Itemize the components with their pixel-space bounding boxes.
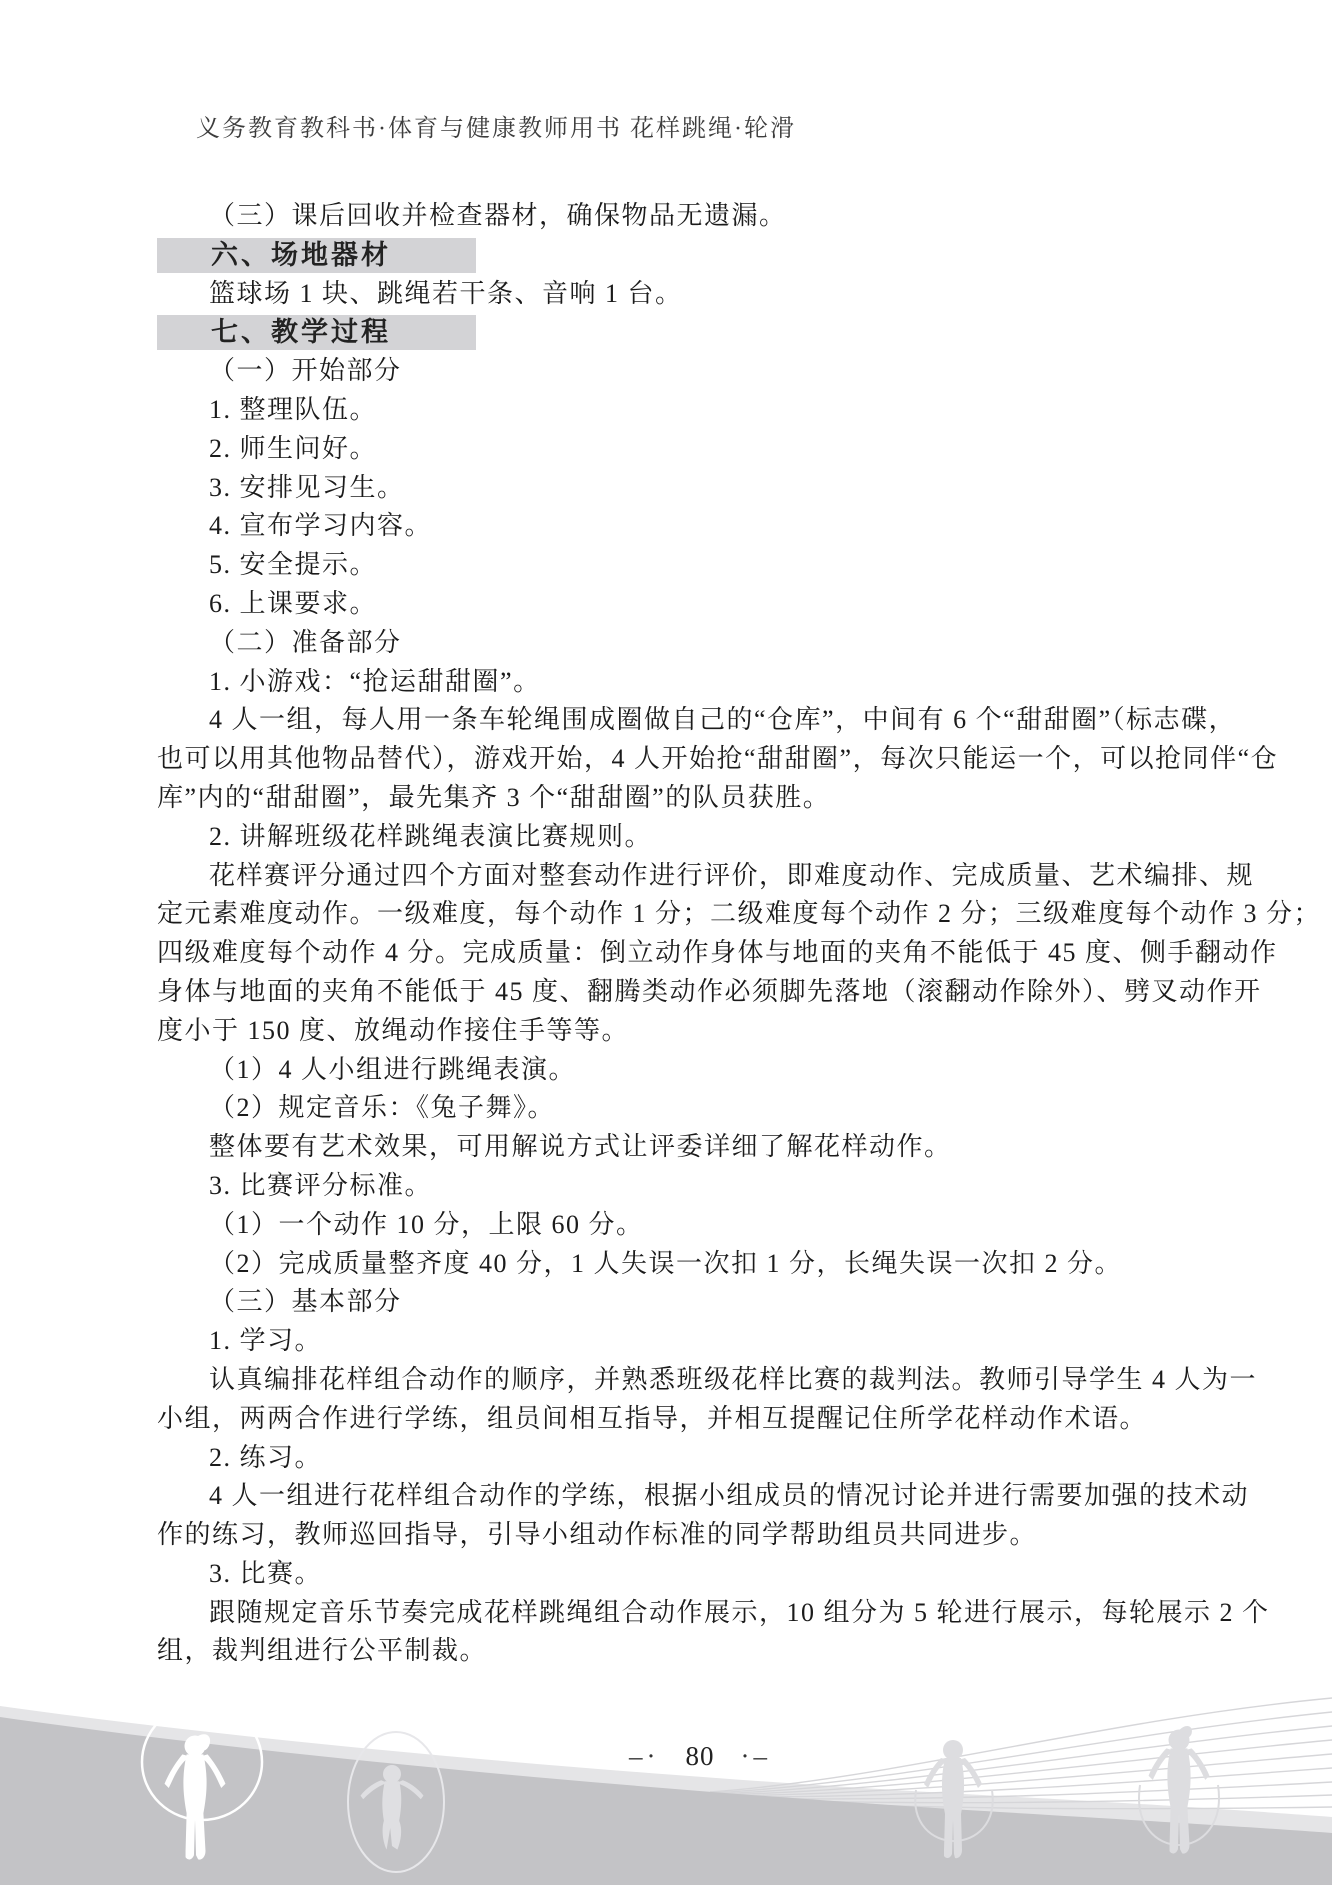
text-line: 2. 练习。 (157, 1439, 1217, 1478)
text-line: 整体要有艺术效果，可用解说方式让评委详细了解花样动作。 (157, 1128, 1217, 1167)
text-line: 5. 安全提示。 (157, 546, 1217, 585)
text-line: 作的练习，教师巡回指导，引导小组动作标准的同学帮助组员共同进步。 (157, 1516, 1217, 1555)
page-number-footer: –· 80 ·– (0, 1741, 1332, 1772)
text-line: （一）开始部分 (157, 352, 1217, 391)
text-line: 组，裁判组进行公平制裁。 (157, 1632, 1217, 1671)
section-header-bar: 七、教学过程 (157, 315, 476, 350)
text-line: 定元素难度动作。一级难度，每个动作 1 分；二级难度每个动作 2 分；三级难度每… (157, 895, 1217, 934)
page-number-right-ornament: ·– (741, 1741, 772, 1772)
text-line: 3. 比赛。 (157, 1555, 1217, 1594)
text-line: （1）4 人小组进行跳绳表演。 (157, 1051, 1217, 1090)
text-line: 3. 比赛评分标准。 (157, 1167, 1217, 1206)
text-line: （三）课后回收并检查器材，确保物品无遗漏。 (157, 197, 1217, 236)
text-line: （二）准备部分 (157, 624, 1217, 663)
text-line: 篮球场 1 块、跳绳若干条、音响 1 台。 (157, 275, 1217, 314)
text-line: 3. 安排见习生。 (157, 469, 1217, 508)
text-line: 跟随规定音乐节奏完成花样跳绳组合动作展示，10 组分为 5 轮进行展示，每轮展示… (157, 1594, 1217, 1633)
text-line: 6. 上课要求。 (157, 585, 1217, 624)
text-line: 1. 学习。 (157, 1322, 1217, 1361)
text-line: （2）规定音乐：《兔子舞》。 (157, 1089, 1217, 1128)
section-header-bar: 六、场地器材 (157, 238, 476, 273)
book-page: 义务教育教科书·体育与健康教师用书 花样跳绳·轮滑 （三）课后回收并检查器材，确… (0, 0, 1332, 1885)
text-line: （三）基本部分 (157, 1283, 1217, 1322)
text-line: 库”内的“甜甜圈”，最先集齐 3 个“甜甜圈”的队员获胜。 (157, 779, 1217, 818)
text-line: 身体与地面的夹角不能低于 45 度、翻腾类动作必须脚先落地（滚翻动作除外）、劈叉… (157, 973, 1217, 1012)
text-line: （2）完成质量整齐度 40 分，1 人失误一次扣 1 分，长绳失误一次扣 2 分… (157, 1245, 1217, 1284)
running-header: 义务教育教科书·体育与健康教师用书 花样跳绳·轮滑 (196, 108, 796, 143)
text-line: 4 人一组，每人用一条车轮绳围成圈做自己的“仓库”，中间有 6 个“甜甜圈”（标… (157, 701, 1217, 740)
text-line: 度小于 150 度、放绳动作接住手等等。 (157, 1012, 1217, 1051)
text-line: 1. 整理队伍。 (157, 391, 1217, 430)
text-line: 也可以用其他物品替代），游戏开始，4 人开始抢“甜甜圈”，每次只能运一个，可以抢… (157, 740, 1217, 779)
text-line: 2. 师生问好。 (157, 430, 1217, 469)
page-body: （三）课后回收并检查器材，确保物品无遗漏。六、场地器材篮球场 1 块、跳绳若干条… (157, 197, 1217, 1671)
text-line: 4 人一组进行花样组合动作的学练，根据小组成员的情况讨论并进行需要加强的技术动 (157, 1477, 1217, 1516)
text-line: 认真编排花样组合动作的顺序，并熟悉班级花样比赛的裁判法。教师引导学生 4 人为一 (157, 1361, 1217, 1400)
page-number-left-ornament: –· (629, 1741, 660, 1772)
footer-decoration (0, 1690, 1332, 1885)
text-line: 小组，两两合作进行学练，组员间相互指导，并相互提醒记住所学花样动作术语。 (157, 1400, 1217, 1439)
text-line: 1. 小游戏：“抢运甜甜圈”。 (157, 663, 1217, 702)
text-line: 花样赛评分通过四个方面对整套动作进行评价，即难度动作、完成质量、艺术编排、规 (157, 857, 1217, 896)
text-line: 4. 宣布学习内容。 (157, 507, 1217, 546)
text-line: 2. 讲解班级花样跳绳表演比赛规则。 (157, 818, 1217, 857)
page-number: 80 (686, 1741, 715, 1772)
text-line: （1）一个动作 10 分，上限 60 分。 (157, 1206, 1217, 1245)
text-line: 四级难度每个动作 4 分。完成质量：倒立动作身体与地面的夹角不能低于 45 度、… (157, 934, 1217, 973)
